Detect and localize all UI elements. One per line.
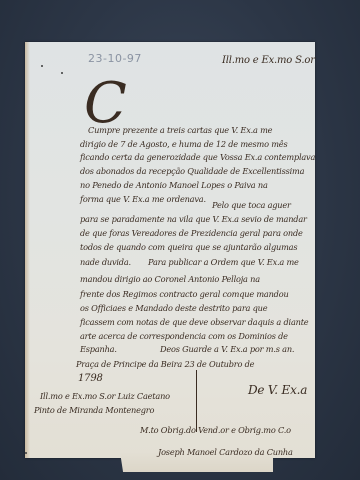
body-line: nade duvida.	[80, 256, 131, 268]
closing-place-date: Praça de Principe da Beira 23 de Outubro…	[76, 358, 254, 370]
body-line: ficassem com notas de que deve observar …	[80, 316, 308, 328]
body-line: mandou dirigio ao Coronel Antonio Pelloj…	[80, 273, 260, 285]
body-line: no Penedo de Antonio Manoel Lopes o Paiv…	[80, 179, 268, 191]
body-line: Para publicar a Ordem que V. Ex.a me	[148, 256, 299, 268]
addressee-line: Pinto de Miranda Montenegro	[34, 404, 154, 416]
paper-left-edge-stain	[25, 42, 30, 458]
addressee-line: Ill.mo e Ex.mo S.or Luiz Caetano	[40, 390, 170, 402]
body-line: Pelo que toca aguer	[212, 199, 291, 211]
closing-courtesy: De V. Ex.a	[248, 383, 307, 397]
body-line: os Officiaes e Mandado deste destrito pa…	[80, 302, 267, 314]
body-line: arte acerca de correspondencia com os Do…	[80, 330, 288, 342]
closing-line: Deos Guarde a V. Ex.a por m.s an.	[160, 343, 294, 355]
body-line: para se paradamente na vila que V. Ex.a …	[80, 213, 307, 225]
ink-speck	[41, 65, 43, 67]
body-line: de que foras Vereadores de Prezidencia g…	[80, 227, 303, 239]
salutation: Ill.mo e Ex.mo S.or	[222, 55, 315, 66]
body-line: todos de quando com queira que se ajunta…	[80, 241, 297, 253]
archive-pencil-date: 23-10-97	[88, 52, 142, 65]
signature-name: Joseph Manoel Cardozo da Cunha	[158, 446, 293, 458]
ink-speck	[61, 72, 63, 74]
body-line: Espanha.	[80, 343, 117, 355]
body-line: dirigio de 7 de Agosto, e huma de 12 de …	[80, 138, 287, 150]
closing-year: 1798	[78, 373, 103, 385]
signature-courtesy: M.to Obrig.do Vend.or e Obrig.mo C.o	[140, 424, 291, 436]
body-line: ficando certa da generozidade que Vossa …	[80, 151, 315, 163]
body-line: Cumpre prezente a treis cartas que V. Ex…	[88, 124, 272, 136]
closing-divider-flourish	[196, 370, 197, 432]
ink-speck	[25, 452, 27, 454]
body-line: dos abonados da recepção Qualidade de Ex…	[80, 165, 304, 177]
body-line: forma que V. Ex.a me ordenava.	[80, 193, 206, 205]
body-line: frente dos Regimos contracto geral comqu…	[80, 288, 289, 300]
